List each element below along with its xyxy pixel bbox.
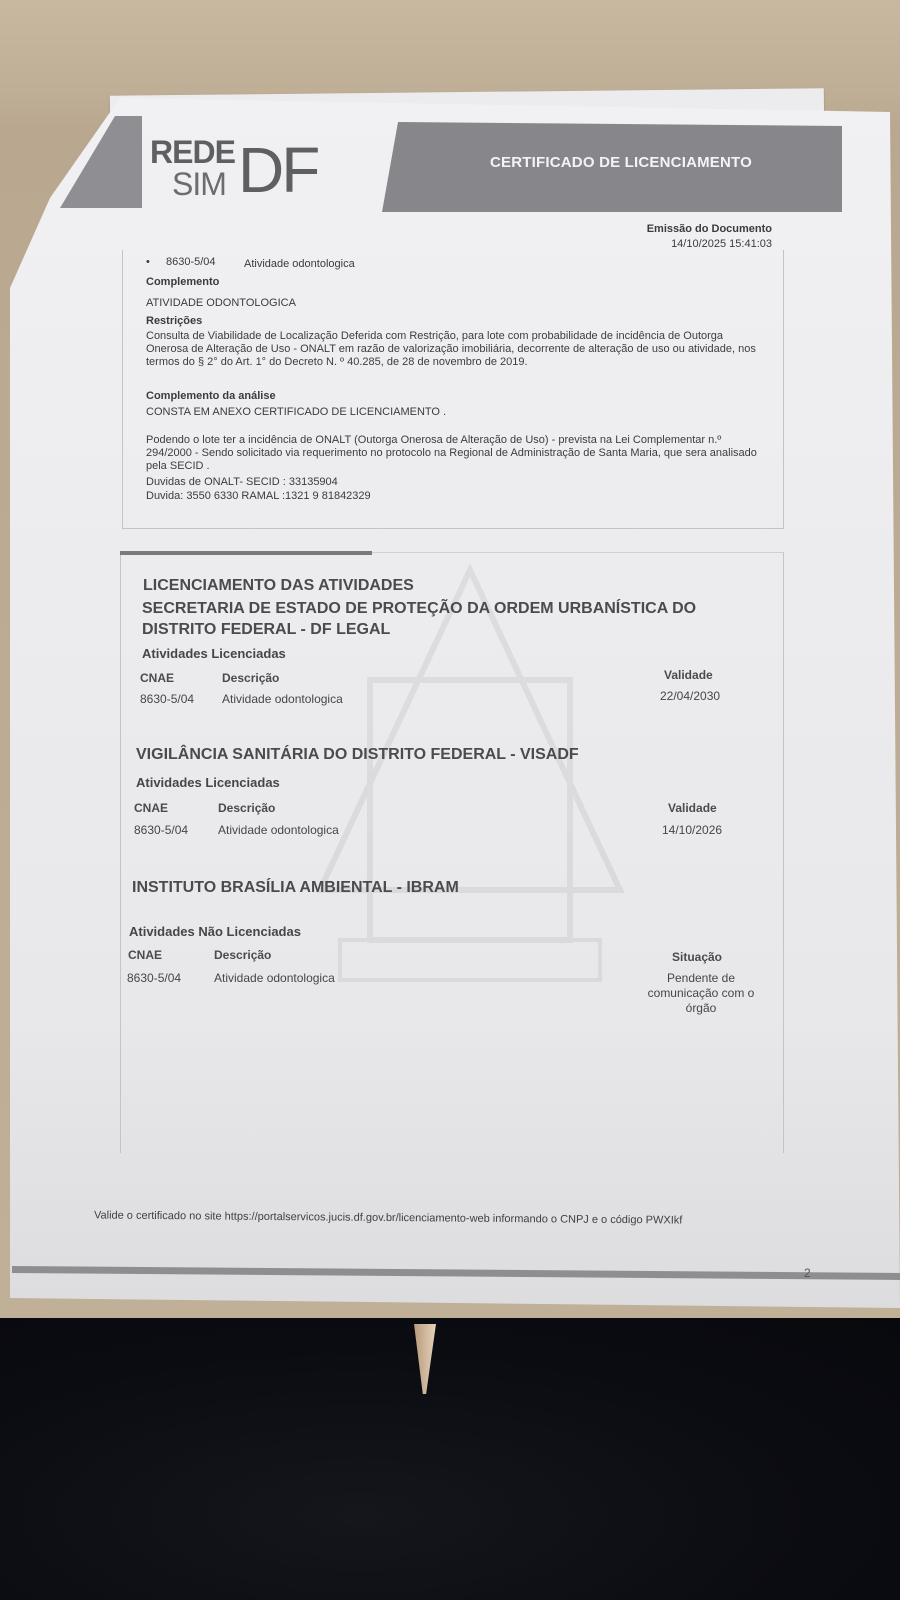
activity-cnae: 8630-5/04 (166, 256, 216, 268)
col-cnae: CNAE (128, 948, 162, 962)
complemento-analise-label: Complemento da análise (146, 390, 276, 402)
page-number: 2 (804, 1266, 811, 1280)
complemento-analise-value: CONSTA EM ANEXO CERTIFICADO DE LICENCIAM… (146, 406, 446, 418)
agency-ibram-subheading: Atividades Não Licenciadas (129, 924, 301, 939)
situacao-line-3: órgão (636, 1001, 766, 1016)
bullet: • (146, 256, 150, 268)
row-descricao: Atividade odontologica (218, 823, 339, 837)
row-descricao: Atividade odontologica (214, 971, 335, 985)
agency-ibram-name: INSTITUTO BRASÍLIA AMBIENTAL - IBRAM (132, 878, 459, 897)
col-cnae: CNAE (134, 801, 168, 815)
row-descricao: Atividade odontologica (222, 692, 343, 706)
col-situacao: Situação (672, 950, 722, 964)
row-validade: 14/10/2026 (662, 823, 722, 837)
row-situacao: Pendente de comunicação com o órgão (636, 971, 766, 1016)
col-validade: Validade (668, 801, 717, 815)
row-cnae: 8630-5/04 (127, 971, 181, 985)
redesim-df-logo: REDE SIM DF (150, 136, 320, 208)
licensing-box (120, 552, 784, 1153)
dark-fabric-background (0, 1318, 900, 1600)
onalt-paragraph: Podendo o lote ter a incidência de ONALT… (146, 434, 758, 473)
col-descricao: Descrição (218, 801, 275, 815)
agency-dflegal-subheading: Atividades Licenciadas (142, 646, 286, 661)
logo-rede: REDE (150, 136, 235, 168)
col-cnae: CNAE (140, 671, 174, 685)
col-descricao: Descrição (214, 948, 271, 962)
row-cnae: 8630-5/04 (134, 823, 188, 837)
title-banner: CERTIFICADO DE LICENCIAMENTO (382, 122, 842, 212)
duvida-phone: Duvida: 3550 6330 RAMAL :1321 9 81842329 (146, 490, 371, 502)
logo-df: DF (238, 138, 317, 202)
col-validade: Validade (664, 668, 713, 682)
situacao-line-2: comunicação com o (636, 986, 766, 1001)
row-validade: 22/04/2030 (660, 689, 720, 703)
col-descricao: Descrição (222, 671, 279, 685)
agency-visadf-name: VIGILÂNCIA SANITÁRIA DO DISTRITO FEDERAL… (136, 745, 579, 764)
situacao-line-1: Pendente de (636, 971, 766, 986)
restricoes-text: Consulta de Viabilidade de Localização D… (146, 330, 758, 369)
licensing-section-title: LICENCIAMENTO DAS ATIVIDADES (143, 576, 414, 595)
emission-label: Emissão do Documento (647, 222, 772, 237)
agency-dflegal-name-line2: DISTRITO FEDERAL - DF LEGAL (142, 620, 390, 639)
restricoes-label: Restrições (146, 315, 202, 327)
activity-description: Atividade odontologica (244, 258, 355, 270)
duvidas-onalt: Duvidas de ONALT- SECID : 33135904 (146, 476, 338, 488)
licensing-box-accent (120, 551, 372, 555)
complemento-label: Complemento (146, 276, 219, 288)
agency-visadf-subheading: Atividades Licenciadas (136, 775, 280, 790)
agency-dflegal-name-line1: SECRETARIA DE ESTADO DE PROTEÇÃO DA ORDE… (142, 599, 696, 618)
logo-sim: SIM (172, 168, 226, 200)
row-cnae: 8630-5/04 (140, 692, 194, 706)
emission-info: Emissão do Documento 14/10/2025 15:41:03 (647, 222, 772, 252)
paper-fold (414, 1324, 436, 1394)
complemento-value: ATIVIDADE ODONTOLOGICA (146, 297, 296, 309)
document-title: CERTIFICADO DE LICENCIAMENTO (490, 154, 752, 171)
